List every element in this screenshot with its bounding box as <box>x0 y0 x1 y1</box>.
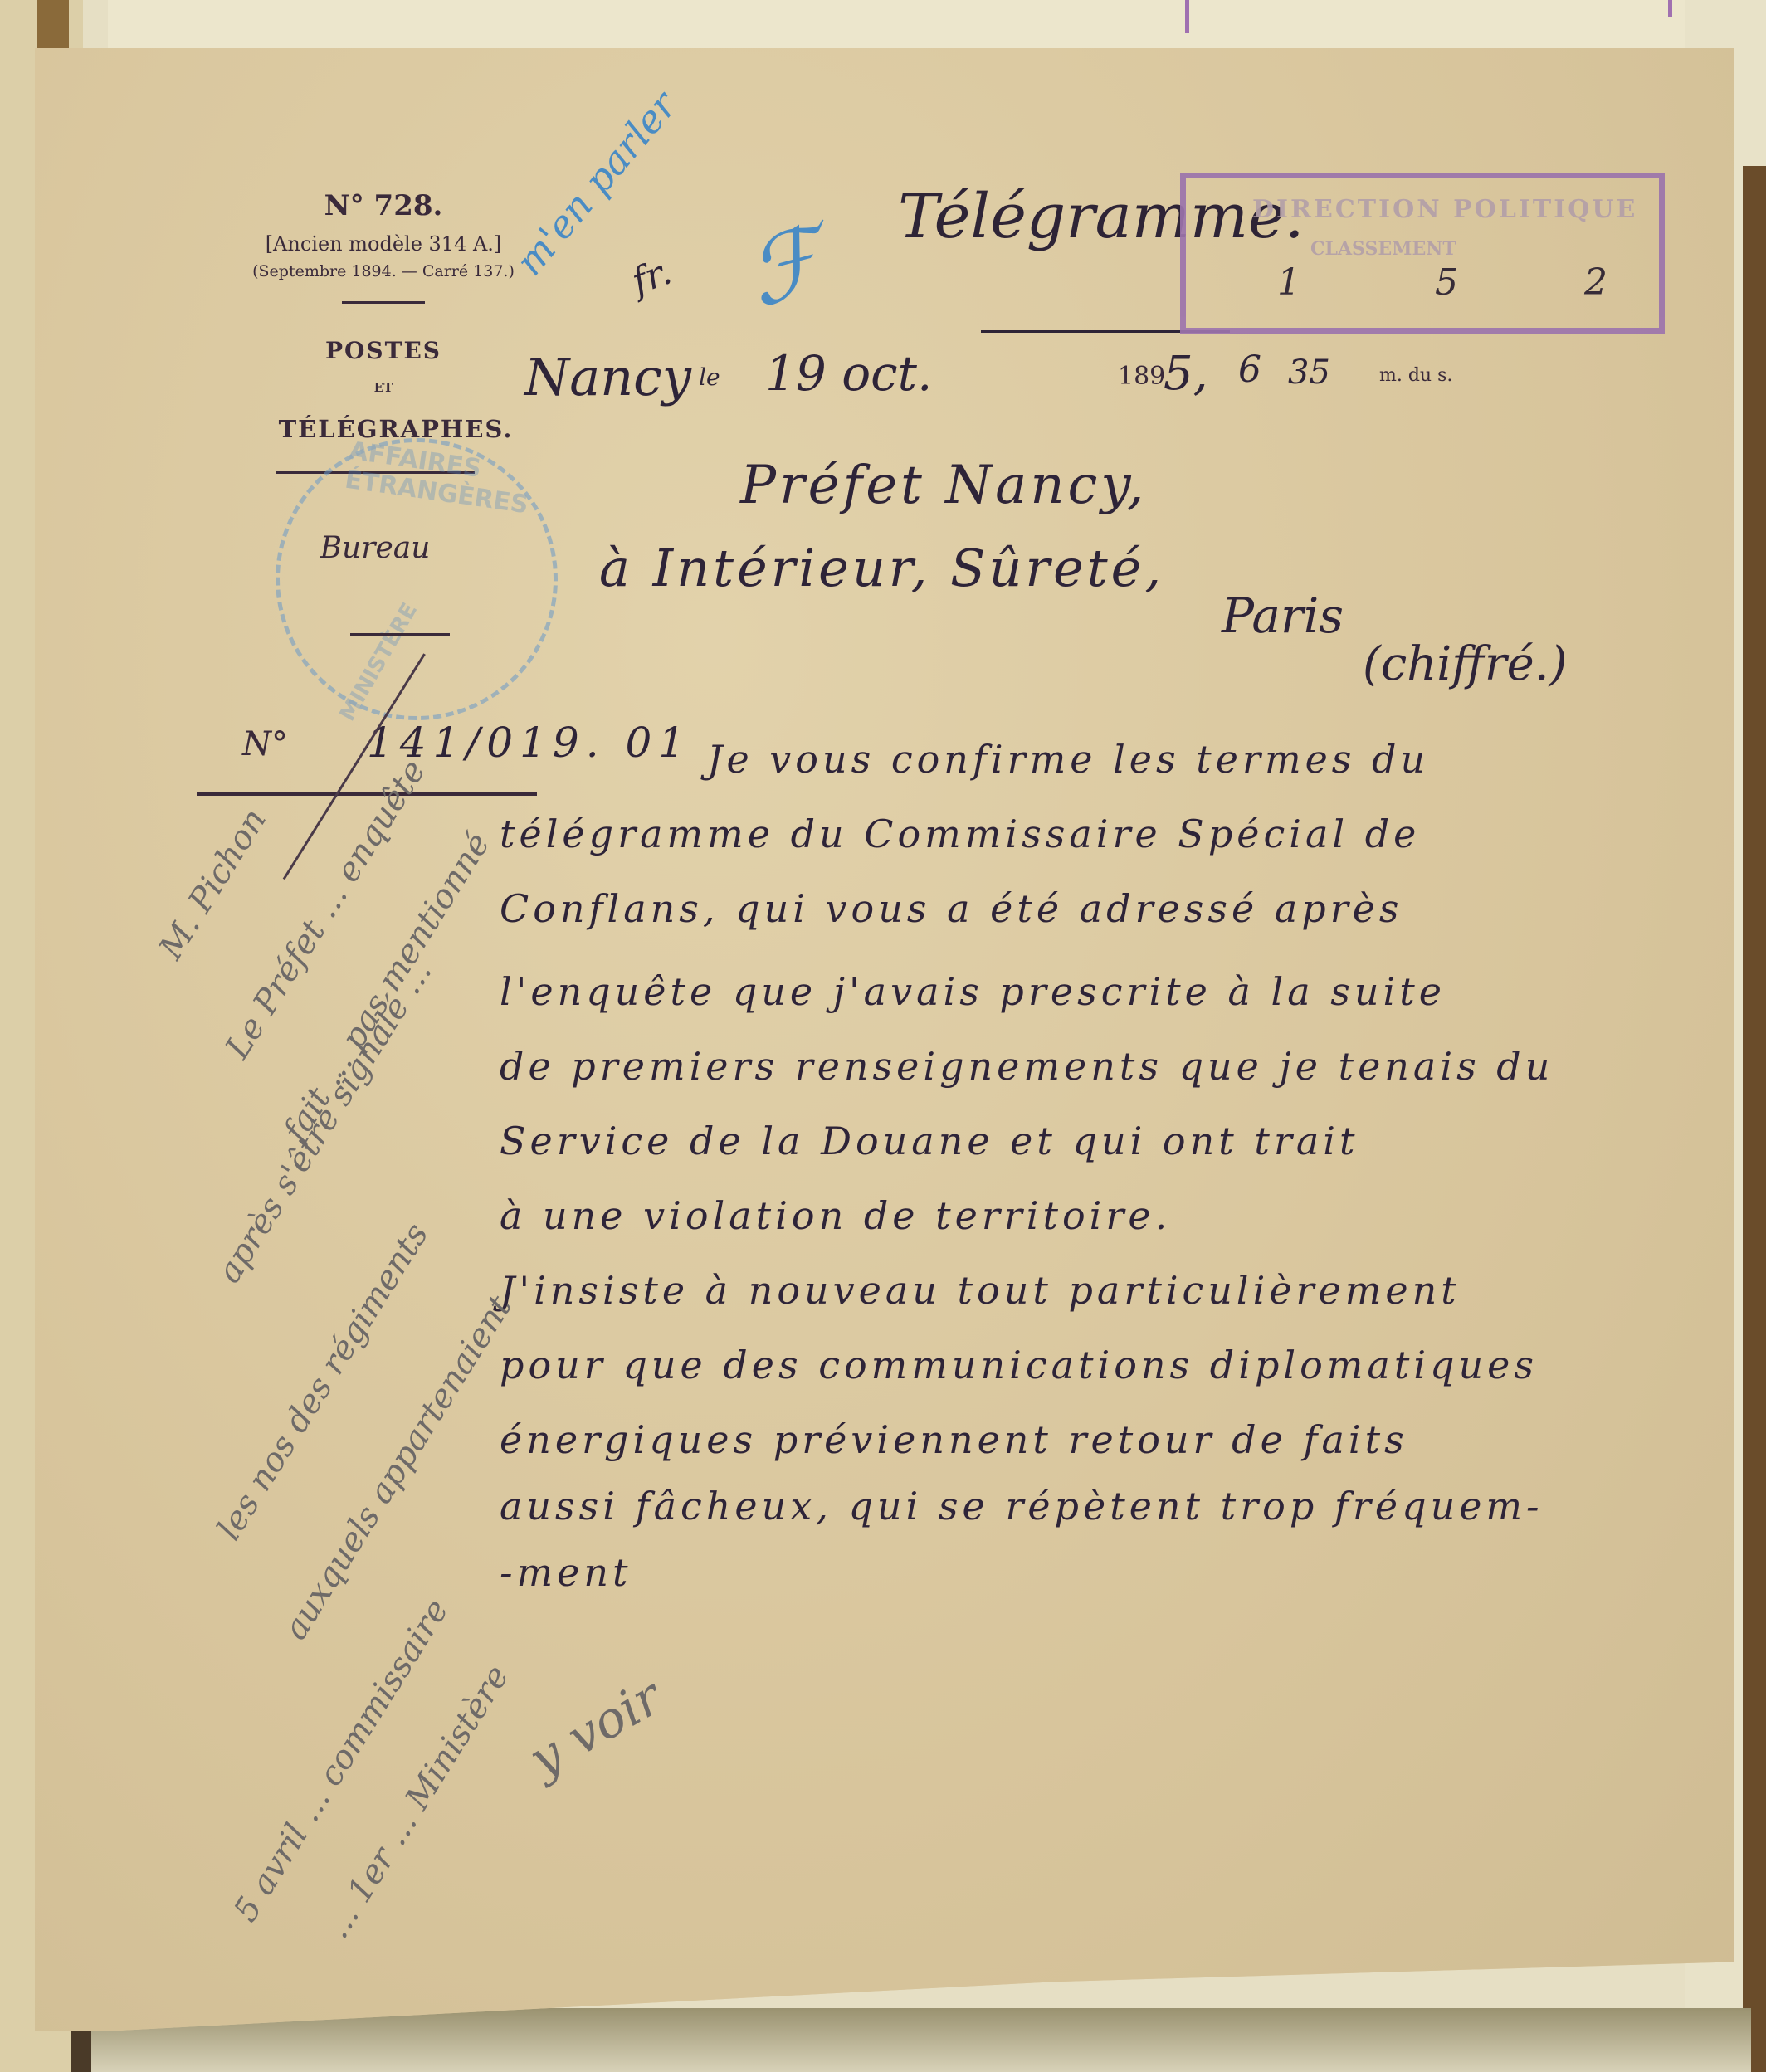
pencil-note: auxquels appartenaient <box>276 1289 520 1646</box>
telegram-sheet: N° 728. [Ancien modèle 314 A.] (Septembr… <box>35 48 1734 2031</box>
pencil-note: ... 1er ... Ministère <box>318 1659 516 1945</box>
body-line: Je vous confirme les termes du <box>707 737 1429 782</box>
form-model: [Ancien modèle 314 A.] <box>251 232 516 256</box>
dateline-suffix: m. du s. <box>1379 365 1452 386</box>
background-wood <box>37 0 69 50</box>
dateline-le: le <box>699 363 720 391</box>
annotation-initials: fr. <box>627 251 677 304</box>
body-line: pour que des communications diplomatique… <box>500 1343 1538 1387</box>
bureau-label: Bureau <box>309 531 441 565</box>
dateline-minutes: 35 <box>1288 353 1330 392</box>
number-label: N° <box>242 725 309 763</box>
recipient: à Intérieur, Sûreté, <box>599 538 1164 598</box>
dateline-hour: 6 <box>1238 349 1261 391</box>
cipher-note: (chiffré.) <box>1363 637 1567 691</box>
sender: Préfet Nancy, <box>740 455 1147 516</box>
body-line: de premiers renseignements que je tenais… <box>500 1044 1554 1089</box>
body-line: aussi fâcheux, qui se répètent trop fréq… <box>500 1484 1544 1528</box>
divider <box>342 301 425 304</box>
dateline-year-prefix: 189 <box>1118 362 1165 391</box>
divider <box>350 633 450 636</box>
body-line: l'enquête que j'avais prescrite à la sui… <box>500 969 1446 1014</box>
stamp-value-3: 2 <box>1584 261 1607 304</box>
postes-label: POSTES <box>284 337 483 364</box>
background-top-paper <box>108 0 1685 50</box>
form-number: N° 728. <box>284 189 483 222</box>
telegram-number: 141/019. 01 <box>367 719 691 767</box>
body-line: à une violation de territoire. <box>500 1193 1171 1238</box>
et-label: ET <box>359 380 408 395</box>
body-line: télégramme du Commissaire Spécial de <box>500 812 1420 856</box>
background-violet-mark <box>1185 0 1189 33</box>
background-wood <box>1743 166 1766 2072</box>
circular-stamp-bottom-text: MINISTÈRE <box>335 599 422 726</box>
destination-city: Paris <box>1222 587 1344 644</box>
body-line: énergiques préviennent retour de faits <box>500 1417 1408 1462</box>
circular-stamp: AFFAIRES ÉTRANGÈRES MINISTÈRE <box>276 438 558 720</box>
blue-signature-mark: ℱ <box>736 207 833 328</box>
pencil-note: y voir <box>520 1668 671 1789</box>
classification-stamp: DIRECTION POLITIQUE CLASSEMENT 1 5 2 <box>1180 173 1665 334</box>
form-model-date: (Septembre 1894. — Carré 137.) <box>251 262 516 280</box>
stamp-value-1: 1 <box>1277 261 1300 304</box>
body-line: Service de la Douane et qui ont trait <box>500 1119 1359 1163</box>
dateline-year-suffix: 5, <box>1164 347 1207 401</box>
background-violet-mark <box>1668 0 1672 17</box>
number-underline <box>197 792 537 796</box>
body-line: -ment <box>500 1550 632 1595</box>
pencil-note: M. Pichon <box>152 802 274 966</box>
body-line: J'insiste à nouveau tout particulièremen… <box>500 1268 1461 1313</box>
stamp-subheader: CLASSEMENT <box>1310 238 1456 260</box>
stamp-header: DIRECTION POLITIQUE <box>1252 195 1637 224</box>
circular-stamp-top-text: AFFAIRES ÉTRANGÈRES <box>343 436 556 523</box>
stamp-value-2: 5 <box>1435 261 1458 304</box>
body-line: Conflans, qui vous a été adressé après <box>500 886 1403 931</box>
dateline-place: Nancy <box>524 347 691 407</box>
dateline-date: 19 oct. <box>765 345 932 402</box>
